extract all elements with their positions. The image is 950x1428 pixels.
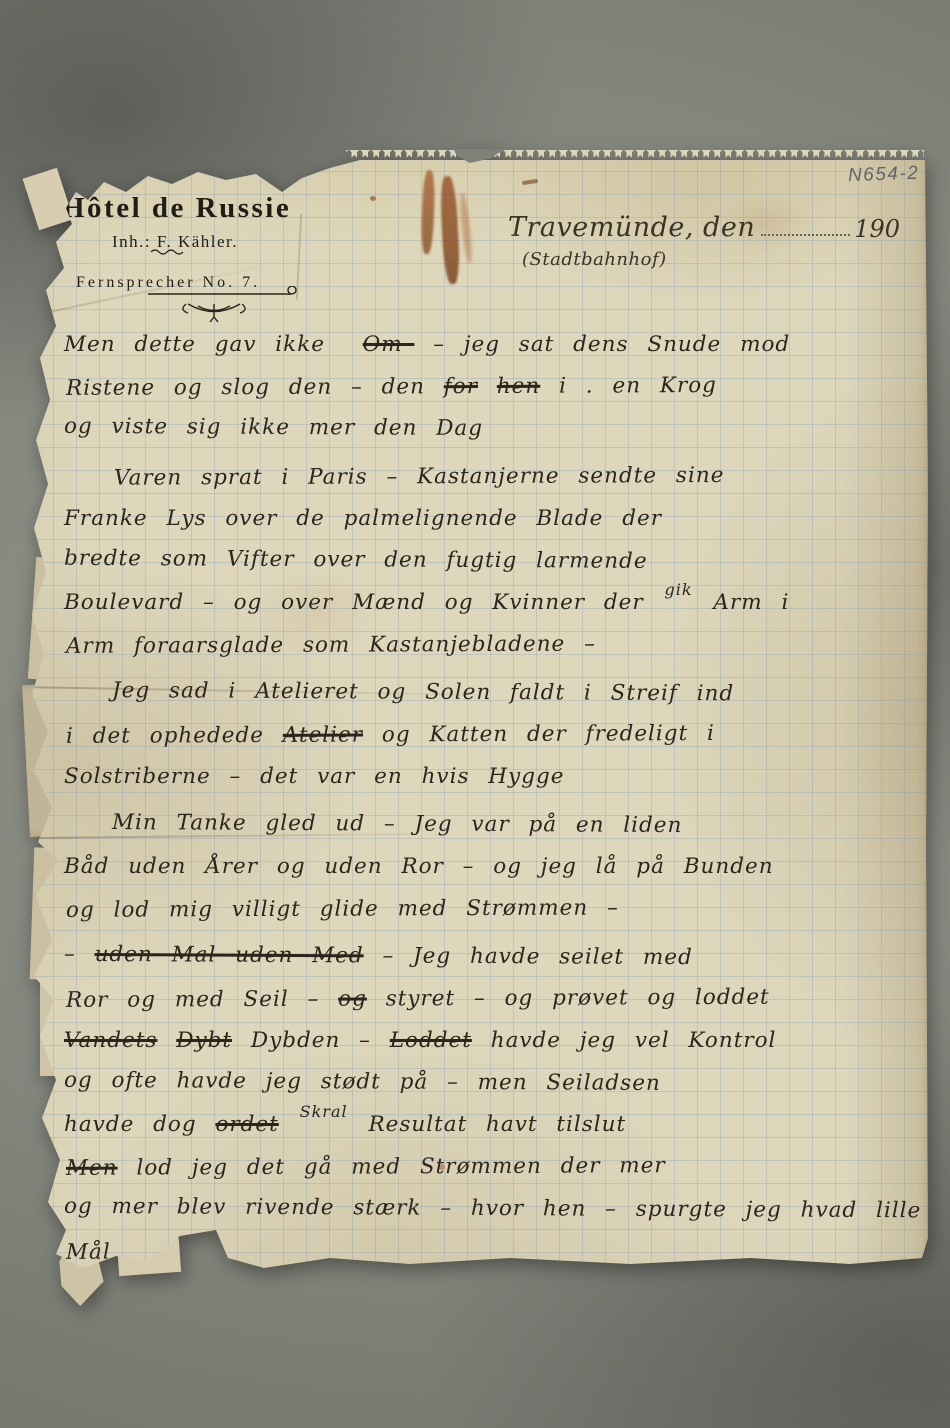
manuscript-text: – jeg sat dens Snude mod <box>414 332 790 357</box>
manuscript-line: og ofte havde jeg stødt på – men Seilads… <box>64 1060 910 1106</box>
struck-word: Atelier <box>283 723 363 748</box>
manuscript-text <box>157 1028 176 1053</box>
manuscript-line: Mål <box>66 1228 912 1274</box>
manuscript-line: og viste sig ikke mer den Dag <box>64 406 910 452</box>
hotel-name: Hôtel de Russie <box>62 192 291 225</box>
manuscript-line: Ristene og slog den – den for hen i . en… <box>66 364 912 410</box>
manuscript-text: Min Tanke gled ud – Jeg var på en liden <box>112 810 683 838</box>
manuscript-text: Resultat havt tilslut <box>350 1112 627 1137</box>
manuscript-line: Ror og med Seil – og styret – og prøvet … <box>66 976 912 1022</box>
manuscript-text: Boulevard – og over Mænd og Kvinner der <box>64 590 663 615</box>
manuscript-line: Men lod jeg det gå med Strømmen der mer <box>66 1144 912 1190</box>
manuscript-text: i det ophedede <box>66 723 283 749</box>
manuscript-text: i . en Krog <box>540 373 717 399</box>
manuscript-text: og lod mig villigt glide med Strømmen – <box>66 895 619 922</box>
letter-photo: Hôtel de Russie Inh.: F. Kähler. Fernspr… <box>30 148 930 1274</box>
manuscript-text: havde jeg vel Kontrol <box>472 1028 777 1053</box>
dateline-place: Travemünde, den <box>508 212 755 243</box>
manuscript-text <box>279 1112 298 1137</box>
dateline-year: 190 <box>854 215 900 243</box>
manuscript-line: bredte som Vifter over den fugtig larmen… <box>64 538 910 584</box>
manuscript-text: styret – og prøvet og loddet <box>367 985 770 1012</box>
manuscript-text: Varen sprat i Paris – Kastanjerne sendte… <box>114 463 724 491</box>
manuscript-text: Jeg sad i Atelieret og Solen faldt i Str… <box>112 678 734 706</box>
manuscript-line: Jeg sad i Atelieret og Solen faldt i Str… <box>64 670 910 716</box>
wavy-underline-icon <box>150 248 186 256</box>
manuscript-text: – Jeg havde seilet med <box>364 943 693 970</box>
struck-word: Dybt <box>176 1028 232 1053</box>
dateline: Travemünde, den 190 (Stadtbahnhof) <box>508 212 900 270</box>
manuscript-text: Solstriberne – det var en hvis Hygge <box>64 764 564 789</box>
manuscript-line: i det ophedede Atelier og Katten der fre… <box>66 712 912 758</box>
manuscript-text: og viste sig ikke mer den Dag <box>64 414 483 441</box>
manuscript-line: Båd uden Årer og uden Ror – og jeg lå på… <box>64 846 910 888</box>
inserted-word: Skral <box>300 1091 348 1133</box>
manuscript-line: og mer blev rivende stærk – hvor hen – s… <box>64 1186 910 1232</box>
manuscript-line: havde dog ordet Skral Resultat havt tils… <box>64 1104 910 1146</box>
manuscript-text: og Katten der fredeligt i <box>363 721 715 748</box>
manuscript-text: Dybden – <box>232 1028 390 1053</box>
manuscript-line: og lod mig villigt glide med Strømmen – <box>66 886 912 932</box>
perforated-top-edge <box>346 150 924 161</box>
manuscript-text: Ror og med Seil – <box>66 987 338 1013</box>
stain-dash <box>522 179 538 185</box>
manuscript-text: Mål <box>66 1240 111 1265</box>
struck-word: Men <box>66 1156 118 1181</box>
manuscript-line: Men dette gav ikke Om– – jeg sat dens Sn… <box>64 324 910 366</box>
manuscript-line: – uden Mal uden Med – Jeg havde seilet m… <box>64 934 910 980</box>
handwritten-text: Men dette gav ikke Om– – jeg sat dens Sn… <box>64 324 910 1272</box>
rust-stain <box>439 176 461 285</box>
manuscript-line: Solstriberne – det var en hvis Hygge <box>64 756 910 798</box>
manuscript-text: – <box>64 942 95 967</box>
manuscript-text: lod jeg det gå med Strømmen der mer <box>118 1153 666 1180</box>
archive-number-label: N654-2 <box>848 163 920 187</box>
ink-stain-dot <box>370 196 376 201</box>
manuscript-line: Boulevard – og over Mænd og Kvinner der … <box>64 582 910 624</box>
manuscript-text: Franke Lys over de palmelignende Blade d… <box>64 506 662 531</box>
struck-word: for <box>444 374 478 399</box>
manuscript-text: havde dog <box>64 1112 215 1137</box>
dateline-dotted-rule <box>761 233 850 236</box>
manuscript-text: og ofte havde jeg stødt på – men Seilads… <box>64 1068 661 1096</box>
manuscript-text: og mer blev rivende stærk – hvor hen – s… <box>64 1194 921 1223</box>
manuscript-line: Franke Lys over de palmelignende Blade d… <box>64 498 910 540</box>
dateline-station: (Stadtbahnhof) <box>522 249 900 270</box>
struck-word: og <box>338 987 367 1012</box>
manuscript-line: Min Tanke gled ud – Jeg var på en liden <box>64 802 910 848</box>
struck-word: hen <box>497 374 541 399</box>
manuscript-text: Arm i <box>695 590 790 615</box>
manuscript-line: Vandets Dybt Dybden – Loddet havde jeg v… <box>64 1020 910 1062</box>
struck-word: uden Mal uden Med <box>95 942 364 968</box>
struck-word: Om– <box>363 332 415 357</box>
manuscript-text: Men dette gav ikke <box>64 332 363 357</box>
letterhead: Hôtel de Russie Inh.: F. Kähler. Fernspr… <box>62 192 291 292</box>
inserted-word: gik <box>665 569 693 611</box>
struck-word: ordet <box>215 1112 278 1137</box>
rust-stain <box>458 192 473 264</box>
letter-sheet: Hôtel de Russie Inh.: F. Kähler. Fernspr… <box>30 148 930 1274</box>
torn-paper-flap <box>23 168 74 230</box>
manuscript-text: Ristene og slog den – den <box>66 374 444 401</box>
manuscript-line: Arm foraarsglade som Kastanjebladene – <box>66 622 912 668</box>
struck-word: Loddet <box>390 1028 472 1053</box>
manuscript-line: Varen sprat i Paris – Kastanjerne sendte… <box>66 454 912 500</box>
struck-word: Vandets <box>64 1028 157 1053</box>
manuscript-text: bredte som Vifter over den fugtig larmen… <box>64 546 648 574</box>
manuscript-text <box>478 374 497 399</box>
rust-stain <box>421 170 436 254</box>
manuscript-text: Arm foraarsglade som Kastanjebladene – <box>66 632 596 659</box>
manuscript-text: Båd uden Årer og uden Ror – og jeg lå på… <box>64 854 774 879</box>
